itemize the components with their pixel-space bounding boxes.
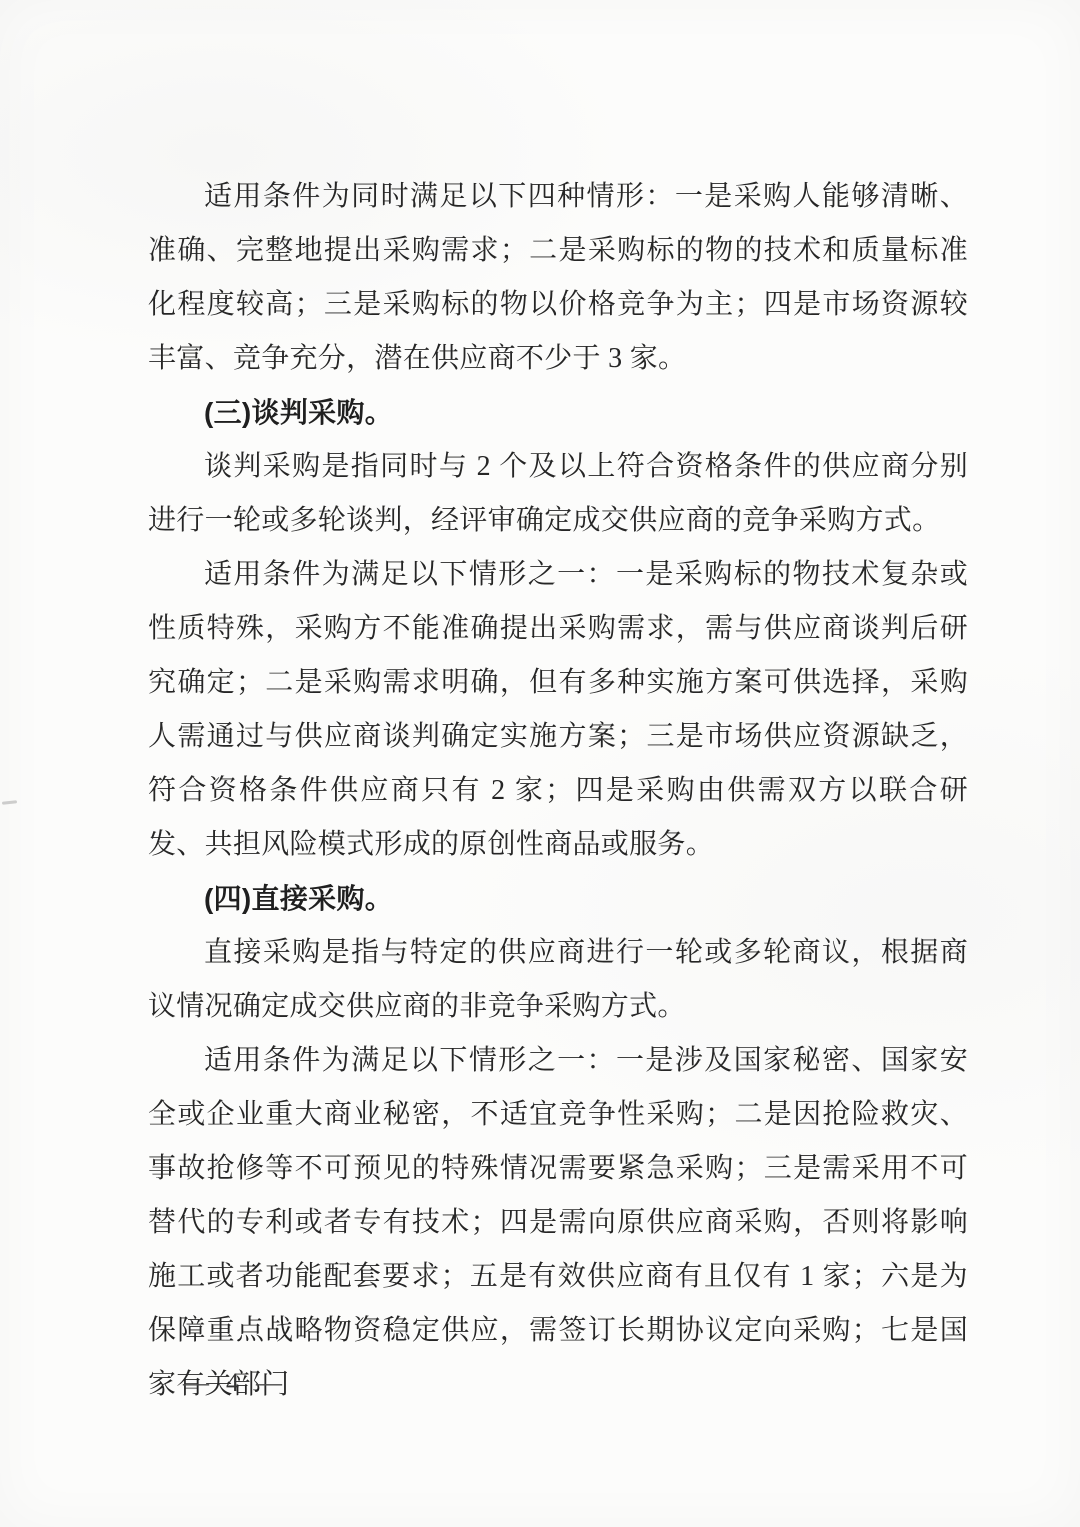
- paragraph-negotiated-definition: 谈判采购是指同时与 2 个及以上符合资格条件的供应商分别进行一轮或多轮谈判，经评…: [148, 440, 968, 548]
- document-text-block: 适用条件为同时满足以下四种情形：一是采购人能够清晰、准确、完整地提出采购需求；二…: [148, 170, 968, 1412]
- page-number-left-dash: —: [183, 1368, 209, 1398]
- scan-artifact: [2, 800, 17, 805]
- paragraph-negotiated-conditions: 适用条件为满足以下情形之一：一是采购标的物技术复杂或性质特殊，采购方不能准确提出…: [148, 548, 968, 872]
- paragraph-conditions-bidding: 适用条件为同时满足以下四种情形：一是采购人能够清晰、准确、完整地提出采购需求；二…: [148, 170, 968, 386]
- page-number-value: 4: [226, 1368, 239, 1398]
- page-number-right-dash: —: [256, 1368, 282, 1398]
- document-page: 适用条件为同时满足以下四种情形：一是采购人能够清晰、准确、完整地提出采购需求；二…: [0, 0, 1080, 1527]
- paragraph-direct-conditions: 适用条件为满足以下情形之一：一是涉及国家秘密、国家安全或企业重大商业秘密，不适宜…: [148, 1034, 968, 1412]
- page-number: — 4 —: [183, 1368, 282, 1398]
- section-heading-negotiated-procurement: (三)谈判采购。: [148, 386, 968, 440]
- paragraph-direct-definition: 直接采购是指与特定的供应商进行一轮或多轮商议，根据商议情况确定成交供应商的非竞争…: [148, 926, 968, 1034]
- section-heading-direct-procurement: (四)直接采购。: [148, 872, 968, 926]
